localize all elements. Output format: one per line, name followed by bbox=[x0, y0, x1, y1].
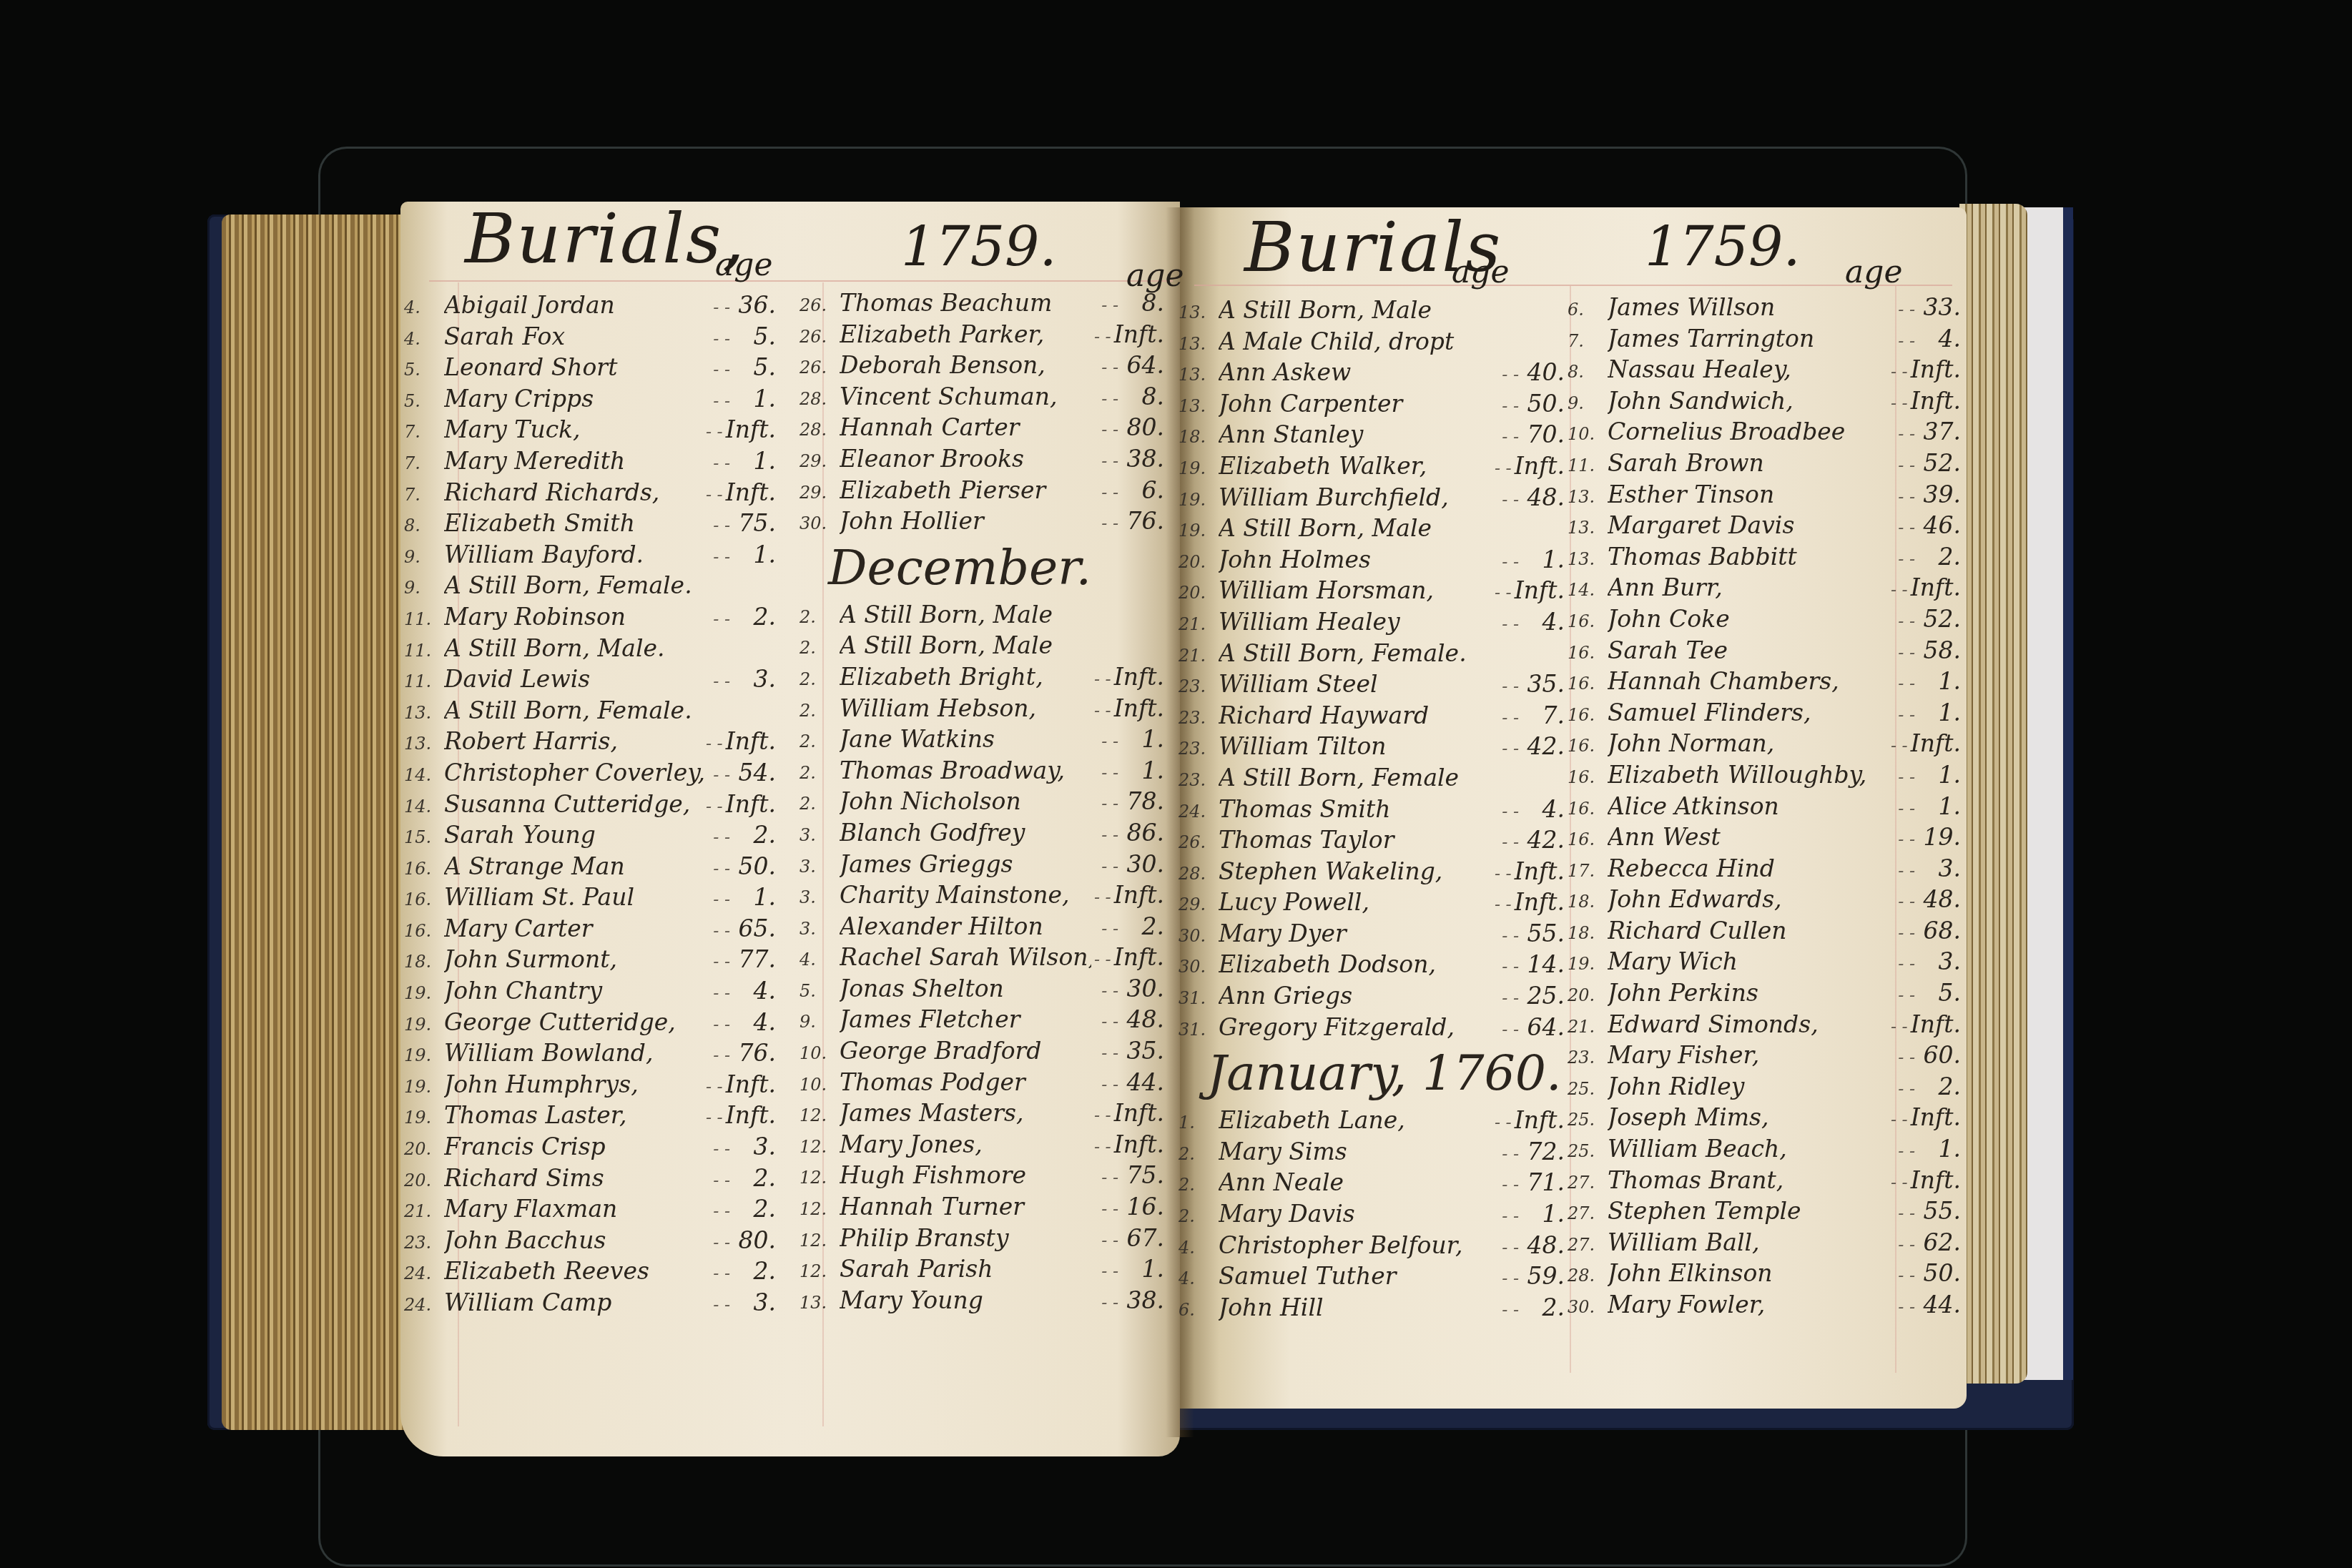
dot-leader: - - bbox=[1499, 983, 1522, 1015]
dot-leader: - - bbox=[710, 448, 733, 480]
entry-name: William Healey bbox=[1219, 606, 1499, 638]
dot-leader: - - bbox=[703, 792, 726, 823]
entry-age: 1. bbox=[733, 539, 776, 571]
right-age-label-1: age bbox=[1452, 254, 1509, 290]
entry-day: 28. bbox=[1568, 1261, 1608, 1292]
entry-name: Mary Meredith bbox=[444, 445, 710, 477]
entry-day: 24. bbox=[404, 1290, 444, 1321]
entry-day: 4. bbox=[404, 324, 444, 355]
dot-leader: - - bbox=[1091, 882, 1114, 914]
entry-name: A Strange Man bbox=[444, 851, 710, 882]
entry-age: Inft. bbox=[1911, 572, 1961, 603]
entry-name: William St. Paul bbox=[444, 882, 710, 913]
entry-age: 80. bbox=[733, 1225, 776, 1256]
burial-entry: 11.Sarah Brown- -52. bbox=[1568, 448, 1961, 479]
entry-day: 8. bbox=[1568, 357, 1608, 388]
entry-day: 19. bbox=[404, 1072, 444, 1103]
entry-day: 10. bbox=[799, 1070, 840, 1101]
entry-age: 50. bbox=[1918, 1258, 1961, 1289]
entry-day: 6. bbox=[1568, 295, 1608, 326]
entry-day: 2. bbox=[799, 726, 840, 758]
dot-leader: - - bbox=[1091, 322, 1114, 353]
burial-entry: 21.Mary Flaxman- -2. bbox=[404, 1193, 776, 1225]
dot-leader: - - bbox=[1895, 295, 1918, 326]
burial-entry: 24.William Camp- -3. bbox=[404, 1287, 776, 1318]
entry-day: 25. bbox=[1568, 1105, 1608, 1136]
entry-name: Mary Robinson bbox=[444, 601, 710, 633]
burial-entry: 13.A Still Born, Female. bbox=[404, 695, 776, 726]
dot-leader: - - bbox=[703, 480, 726, 511]
entry-day: 14. bbox=[404, 792, 444, 823]
dot-leader: - - bbox=[1499, 1233, 1522, 1264]
entry-age: 44. bbox=[1918, 1289, 1961, 1321]
entry-age: 1. bbox=[1918, 666, 1961, 697]
entry-name: James Tarrington bbox=[1608, 323, 1895, 355]
entry-age: 1. bbox=[1918, 791, 1961, 822]
dot-leader: - - bbox=[1492, 1108, 1515, 1139]
entry-age: 30. bbox=[1121, 849, 1164, 880]
burial-entry: 20.John Perkins- -5. bbox=[1568, 977, 1961, 1009]
burial-entry: 17.Rebecca Hind- -3. bbox=[1568, 853, 1961, 884]
burial-column: 6.James Willson- -33.7.James Tarrington-… bbox=[1568, 292, 1961, 1321]
burial-entry: 2.A Still Born, Male bbox=[799, 599, 1164, 631]
entry-day: 20. bbox=[1179, 578, 1219, 609]
dot-leader: - - bbox=[1098, 1070, 1121, 1101]
entry-age: 8. bbox=[1121, 381, 1164, 413]
entry-age: 4. bbox=[733, 1007, 776, 1038]
burial-entry: 3.James Grieggs- -30. bbox=[799, 849, 1164, 880]
entry-name: Christopher Belfour, bbox=[1219, 1230, 1499, 1261]
entry-day: 9. bbox=[1568, 388, 1608, 420]
dot-leader: - - bbox=[1098, 384, 1121, 415]
entry-day: 18. bbox=[404, 947, 444, 978]
burial-entry: 19.Mary Wich- -3. bbox=[1568, 946, 1961, 977]
entry-day: 16. bbox=[1568, 731, 1608, 762]
entry-age: Inft. bbox=[1911, 1165, 1961, 1196]
entry-age: 1. bbox=[1121, 724, 1164, 755]
entry-name: William Ball, bbox=[1608, 1227, 1895, 1258]
entry-name: Samuel Flinders, bbox=[1608, 697, 1895, 729]
burial-entry: 8.Elizabeth Smith- -75. bbox=[404, 508, 776, 539]
entry-day: 20. bbox=[1179, 547, 1219, 578]
entry-day: 4. bbox=[1179, 1263, 1219, 1295]
entry-name: William Bowland, bbox=[444, 1037, 710, 1069]
entry-day: 16. bbox=[1568, 794, 1608, 825]
entry-day: 19. bbox=[404, 1010, 444, 1041]
entry-name: Nassau Healey, bbox=[1608, 354, 1888, 385]
entry-day: 7. bbox=[1568, 326, 1608, 358]
dot-leader: - - bbox=[710, 1040, 733, 1072]
dot-leader: - - bbox=[1499, 827, 1522, 859]
entry-day: 13. bbox=[1179, 360, 1219, 391]
entry-name: John Norman, bbox=[1608, 728, 1888, 759]
burial-entry: 23.Richard Hayward- -7. bbox=[1179, 700, 1565, 731]
entry-age: 80. bbox=[1121, 412, 1164, 443]
dot-leader: - - bbox=[1888, 1012, 1911, 1043]
entry-name: William Bayford. bbox=[444, 539, 710, 571]
entry-age: Inft. bbox=[1515, 887, 1565, 918]
entry-age: 3. bbox=[733, 1131, 776, 1163]
entry-day: 23. bbox=[1179, 765, 1219, 797]
burial-entry: 16.Ann West- -19. bbox=[1568, 822, 1961, 853]
burial-entry: 16.John Norman,- -Inft. bbox=[1568, 728, 1961, 759]
entry-day: 12. bbox=[799, 1132, 840, 1163]
burial-entry: 16.Samuel Flinders,- -1. bbox=[1568, 697, 1961, 729]
dot-leader: - - bbox=[1499, 360, 1522, 391]
burial-entry: 23.A Still Born, Female bbox=[1179, 762, 1565, 794]
dot-leader: - - bbox=[1098, 1226, 1121, 1257]
entry-age: 55. bbox=[1522, 918, 1565, 950]
burial-entry: 5.Mary Cripps- -1. bbox=[404, 383, 776, 415]
dot-leader: - - bbox=[1895, 949, 1918, 980]
burial-entry: 8.Nassau Healey,- -Inft. bbox=[1568, 354, 1961, 385]
dot-leader: - - bbox=[1091, 1132, 1114, 1163]
entry-age: 1. bbox=[1918, 1133, 1961, 1165]
entry-age: 30. bbox=[1121, 973, 1164, 1005]
entry-day: 29. bbox=[799, 446, 840, 478]
entry-name: George Bradford bbox=[840, 1035, 1098, 1067]
burial-entry: 31.Gregory Fitzgerald,- -64. bbox=[1179, 1012, 1565, 1043]
entry-name: John Hill bbox=[1219, 1292, 1499, 1323]
dot-leader: - - bbox=[1499, 547, 1522, 578]
entry-day: 2. bbox=[1179, 1170, 1219, 1201]
entry-name: John Carpenter bbox=[1219, 388, 1499, 420]
entry-name: Sarah Tee bbox=[1608, 635, 1895, 666]
entry-age: 59. bbox=[1522, 1261, 1565, 1292]
burial-entry: 11.Mary Robinson- -2. bbox=[404, 601, 776, 633]
entry-age: Inft. bbox=[1911, 354, 1961, 385]
entry-day: 21. bbox=[1179, 609, 1219, 641]
entry-name: Jane Watkins bbox=[840, 724, 1098, 755]
entry-age: 37. bbox=[1918, 416, 1961, 448]
dot-leader: - - bbox=[1499, 1015, 1522, 1046]
dot-leader: - - bbox=[703, 1072, 726, 1103]
burial-entry: 29.Eleanor Brooks- -38. bbox=[799, 443, 1164, 475]
entry-age: 76. bbox=[733, 1037, 776, 1069]
entry-day: 16. bbox=[1568, 638, 1608, 669]
dot-leader: - - bbox=[710, 542, 733, 573]
dot-leader: - - bbox=[1499, 921, 1522, 952]
burial-entry: 15.Sarah Young- -2. bbox=[404, 819, 776, 851]
entry-name: Mary Wich bbox=[1608, 946, 1895, 977]
entry-name: Edward Simonds, bbox=[1608, 1009, 1888, 1040]
burial-entry: 24.Thomas Smith- -4. bbox=[1179, 794, 1565, 825]
dot-leader: - - bbox=[1888, 1105, 1911, 1136]
page-edges-right bbox=[1959, 204, 2027, 1384]
entry-name: Alice Atkinson bbox=[1608, 791, 1895, 822]
burial-entry: 26.Deborah Benson,- -64. bbox=[799, 350, 1164, 381]
entry-day: 20. bbox=[404, 1134, 444, 1165]
entry-name: Thomas Beachum bbox=[840, 287, 1098, 319]
entry-name: Mary Jones, bbox=[840, 1129, 1091, 1160]
dot-leader: - - bbox=[1888, 357, 1911, 388]
burial-entry: 20.Richard Sims- -2. bbox=[404, 1163, 776, 1194]
dot-leader: - - bbox=[710, 1165, 733, 1197]
entry-name: John Holmes bbox=[1219, 544, 1499, 576]
entry-day: 7. bbox=[404, 448, 444, 480]
entry-age: 1. bbox=[1522, 1198, 1565, 1230]
entry-day: 12. bbox=[799, 1163, 840, 1194]
entry-age: Inft. bbox=[1114, 1129, 1164, 1160]
entry-age: Inft. bbox=[1911, 1102, 1961, 1133]
entry-age: Inft. bbox=[726, 789, 776, 820]
entry-day: 11. bbox=[404, 636, 444, 667]
entry-day: 31. bbox=[1179, 1015, 1219, 1046]
burial-entry: 9.John Sandwich,- -Inft. bbox=[1568, 385, 1961, 417]
dot-leader: - - bbox=[1895, 450, 1918, 482]
dot-leader: - - bbox=[1098, 1194, 1121, 1226]
entry-name: William Horsman, bbox=[1219, 575, 1492, 606]
burial-entry: 2.Ann Neale- -71. bbox=[1179, 1167, 1565, 1198]
dot-leader: - - bbox=[1499, 485, 1522, 516]
entry-age: Inft. bbox=[726, 1100, 776, 1131]
burial-entry: 18.John Surmont,- -77. bbox=[404, 944, 776, 975]
page-edges-left bbox=[222, 215, 408, 1430]
entry-day: 18. bbox=[1568, 887, 1608, 918]
entry-name: Elizabeth Dodson, bbox=[1219, 949, 1499, 980]
entry-day: 23. bbox=[404, 1228, 444, 1259]
burial-entry: 4.Christopher Belfour,- -48. bbox=[1179, 1230, 1565, 1261]
burial-entry: 30.Mary Fowler,- -44. bbox=[1568, 1289, 1961, 1321]
burial-entry: 23.Mary Fisher,- -60. bbox=[1568, 1040, 1961, 1071]
dot-leader: - - bbox=[710, 760, 733, 792]
month-label: December. bbox=[799, 537, 1164, 599]
entry-age: 48. bbox=[1522, 1230, 1565, 1261]
entry-name: Sarah Parish bbox=[840, 1253, 1098, 1285]
dot-leader: - - bbox=[1888, 731, 1911, 762]
entry-age: 1. bbox=[1918, 697, 1961, 729]
month-heading: December. bbox=[799, 537, 1164, 599]
entry-age: 64. bbox=[1522, 1012, 1565, 1043]
entry-name: Esther Tinson bbox=[1608, 479, 1895, 511]
dot-leader: - - bbox=[1895, 1292, 1918, 1323]
entry-age: 68. bbox=[1918, 915, 1961, 947]
entry-day: 5. bbox=[404, 355, 444, 386]
dot-leader: - - bbox=[710, 355, 733, 386]
dot-leader: - - bbox=[1888, 575, 1911, 606]
entry-name: James Fletcher bbox=[840, 1004, 1098, 1035]
entry-name: Joseph Mims, bbox=[1608, 1102, 1888, 1133]
entry-age: 64. bbox=[1121, 350, 1164, 381]
entry-name: A Still Born, Female. bbox=[1219, 638, 1516, 669]
burial-entry: 21.Edward Simonds,- -Inft. bbox=[1568, 1009, 1961, 1040]
burial-entry: 20.John Holmes- -1. bbox=[1179, 544, 1565, 576]
entry-age: 75. bbox=[1121, 1160, 1164, 1191]
entry-name: Richard Hayward bbox=[1219, 700, 1499, 731]
entry-day: 4. bbox=[1179, 1233, 1219, 1264]
burial-entry: 18.John Edwards,- -48. bbox=[1568, 884, 1961, 915]
dot-leader: - - bbox=[710, 978, 733, 1010]
month-label: January, 1760. bbox=[1179, 1042, 1565, 1105]
entry-name: A Still Born, Male bbox=[840, 599, 1116, 631]
entry-day: 18. bbox=[1568, 918, 1608, 950]
entry-name: Elizabeth Walker, bbox=[1219, 450, 1492, 482]
entry-day: 23. bbox=[1179, 734, 1219, 765]
dot-leader: - - bbox=[1098, 914, 1121, 945]
entry-age: 60. bbox=[1918, 1040, 1961, 1071]
dot-leader: - - bbox=[1098, 508, 1121, 540]
entry-age: 5. bbox=[733, 321, 776, 352]
entry-age: 72. bbox=[1522, 1136, 1565, 1168]
entry-name: Mary Fowler, bbox=[1608, 1289, 1895, 1321]
entry-age: 1. bbox=[1918, 759, 1961, 791]
entry-day: 16. bbox=[1568, 824, 1608, 856]
burial-entry: 25.William Beach,- -1. bbox=[1568, 1133, 1961, 1165]
entry-age: 44. bbox=[1121, 1067, 1164, 1098]
entry-day: 28. bbox=[799, 384, 840, 415]
entry-age: Inft. bbox=[1114, 1098, 1164, 1129]
dot-leader: - - bbox=[1888, 1168, 1911, 1199]
entry-age: Inft. bbox=[726, 726, 776, 757]
entry-age: 1. bbox=[1121, 1253, 1164, 1285]
burial-entry: 30.Mary Dyer- -55. bbox=[1179, 918, 1565, 950]
burial-entry: 5.Jonas Shelton- -30. bbox=[799, 973, 1164, 1005]
book-endpaper-right bbox=[2024, 207, 2073, 1380]
entry-day: 24. bbox=[1179, 797, 1219, 828]
entry-name: Blanch Godfrey bbox=[840, 817, 1098, 849]
dot-leader: - - bbox=[710, 511, 733, 542]
entry-day: 30. bbox=[1568, 1292, 1608, 1323]
burial-entry: 30.Elizabeth Dodson,- -14. bbox=[1179, 949, 1565, 980]
burial-entry: 6.John Hill- -2. bbox=[1179, 1292, 1565, 1323]
burial-entry: 13.Thomas Babbitt- -2. bbox=[1568, 541, 1961, 573]
dot-leader: - - bbox=[1888, 388, 1911, 420]
entry-age: 52. bbox=[1918, 603, 1961, 635]
dot-leader: - - bbox=[710, 854, 733, 885]
burial-entry: 12.Hannah Turner- -16. bbox=[799, 1191, 1164, 1223]
entry-day: 19. bbox=[1179, 453, 1219, 485]
burial-entry: 30.John Hollier- -76. bbox=[799, 506, 1164, 537]
entry-day: 19. bbox=[1179, 485, 1219, 516]
entry-name: Mary Cripps bbox=[444, 383, 710, 415]
entry-name: John Sandwich, bbox=[1608, 385, 1888, 417]
dot-leader: - - bbox=[703, 1103, 726, 1134]
entry-name: Mary Dyer bbox=[1219, 918, 1499, 950]
entry-age: Inft. bbox=[1114, 319, 1164, 350]
burial-entry: 16.Hannah Chambers,- -1. bbox=[1568, 666, 1961, 697]
burial-entry: 2.Thomas Broadway,- -1. bbox=[799, 755, 1164, 787]
burial-entry: 26.Thomas Beachum- -8. bbox=[799, 287, 1164, 319]
burial-entry: 4.Rachel Sarah Wilson,- -Inft. bbox=[799, 942, 1164, 973]
burial-entry: 16.John Coke- -52. bbox=[1568, 603, 1961, 635]
right-page-year: 1759. bbox=[1645, 215, 1801, 278]
entry-name: John Perkins bbox=[1608, 977, 1895, 1009]
dot-leader: - - bbox=[1895, 669, 1918, 700]
dot-leader: - - bbox=[1091, 1100, 1114, 1132]
entry-name: John Humphrys, bbox=[444, 1069, 703, 1100]
entry-day: 9. bbox=[404, 542, 444, 573]
burial-entry: 18.Ann Stanley- -70. bbox=[1179, 419, 1565, 450]
entry-name: A Still Born, Female. bbox=[444, 695, 727, 726]
entry-name: Richard Richards, bbox=[444, 477, 703, 508]
dot-leader: - - bbox=[1895, 606, 1918, 638]
entry-age: Inft. bbox=[1515, 1105, 1565, 1136]
entry-age: 14. bbox=[1522, 949, 1565, 980]
entry-age: 78. bbox=[1121, 786, 1164, 817]
burial-entry: 26.Elizabeth Parker,- -Inft. bbox=[799, 319, 1164, 350]
entry-day: 15. bbox=[404, 822, 444, 854]
entry-day: 3. bbox=[799, 820, 840, 852]
entry-age: Inft. bbox=[1911, 385, 1961, 417]
entry-name: Elizabeth Reeves bbox=[444, 1256, 710, 1287]
entry-name: Ann West bbox=[1608, 822, 1895, 853]
entry-name: John Surmont, bbox=[444, 944, 710, 975]
dot-leader: - - bbox=[1098, 726, 1121, 758]
entry-age: 50. bbox=[733, 851, 776, 882]
entry-age: 54. bbox=[733, 757, 776, 789]
dot-leader: - - bbox=[710, 1134, 733, 1165]
dot-leader: - - bbox=[1895, 700, 1918, 731]
entry-name: Abigail Jordan bbox=[444, 290, 710, 321]
entry-age: 2. bbox=[1121, 911, 1164, 942]
entry-age: 36. bbox=[733, 290, 776, 321]
entry-name: Christopher Coverley, bbox=[444, 757, 710, 789]
entry-name: Stephen Wakeling, bbox=[1219, 856, 1492, 887]
entry-day: 25. bbox=[1568, 1074, 1608, 1105]
entry-age: 52. bbox=[1918, 448, 1961, 479]
burial-entry: 29.Lucy Powell,- -Inft. bbox=[1179, 887, 1565, 918]
burial-entry: 4.Sarah Fox- -5. bbox=[404, 321, 776, 352]
dot-leader: - - bbox=[1895, 419, 1918, 450]
entry-name: James Willson bbox=[1608, 292, 1895, 323]
entry-age: 1. bbox=[1522, 544, 1565, 576]
entry-name: Mary Sims bbox=[1219, 1136, 1499, 1168]
entry-age: Inft. bbox=[726, 477, 776, 508]
entry-name: William Hebson, bbox=[840, 693, 1091, 724]
dot-leader: - - bbox=[1499, 952, 1522, 983]
entry-age: 48. bbox=[1918, 884, 1961, 915]
entry-day: 19. bbox=[404, 1040, 444, 1072]
entry-day: 2. bbox=[799, 664, 840, 696]
entry-day: 2. bbox=[1179, 1139, 1219, 1170]
dot-leader: - - bbox=[1098, 1007, 1121, 1038]
burial-entry: 27.Stephen Temple- -55. bbox=[1568, 1195, 1961, 1227]
entry-name: William Burchfield, bbox=[1219, 482, 1499, 513]
burial-entry: 20.Francis Crisp- -3. bbox=[404, 1131, 776, 1163]
entry-day: 7. bbox=[404, 417, 444, 448]
dot-leader: - - bbox=[1499, 671, 1522, 703]
entry-age: 25. bbox=[1522, 980, 1565, 1012]
entry-day: 29. bbox=[1179, 889, 1219, 921]
entry-age: 2. bbox=[733, 1163, 776, 1194]
entry-name: A Still Born, Male. bbox=[444, 633, 727, 664]
dot-leader: - - bbox=[1098, 976, 1121, 1007]
entry-age: 6. bbox=[1121, 475, 1164, 506]
dot-leader: - - bbox=[1499, 609, 1522, 641]
dot-leader: - - bbox=[1895, 1074, 1918, 1105]
entry-name: John Coke bbox=[1608, 603, 1895, 635]
burial-entry: 1.Elizabeth Lane,- -Inft. bbox=[1179, 1105, 1565, 1136]
entry-name: Mary Fisher, bbox=[1608, 1040, 1895, 1071]
dot-leader: - - bbox=[710, 666, 733, 698]
entry-name: Francis Crisp bbox=[444, 1131, 710, 1163]
entry-age: 86. bbox=[1121, 817, 1164, 849]
dot-leader: - - bbox=[1499, 1170, 1522, 1201]
entry-name: A Still Born, Female bbox=[1219, 762, 1516, 794]
dot-leader: - - bbox=[1098, 352, 1121, 384]
dot-leader: - - bbox=[1499, 1201, 1522, 1233]
dot-leader: - - bbox=[1895, 762, 1918, 794]
burial-entry: 2.Elizabeth Bright,- -Inft. bbox=[799, 661, 1164, 693]
dot-leader: - - bbox=[710, 1010, 733, 1041]
burial-entry: 23.John Bacchus- -80. bbox=[404, 1225, 776, 1256]
dot-leader: - - bbox=[710, 822, 733, 854]
entry-day: 13. bbox=[799, 1288, 840, 1319]
entry-age: 76. bbox=[1121, 506, 1164, 537]
entry-name: John Ridley bbox=[1608, 1071, 1895, 1103]
entry-name: Charity Mainstone, bbox=[840, 879, 1091, 911]
dot-leader: - - bbox=[710, 1290, 733, 1321]
